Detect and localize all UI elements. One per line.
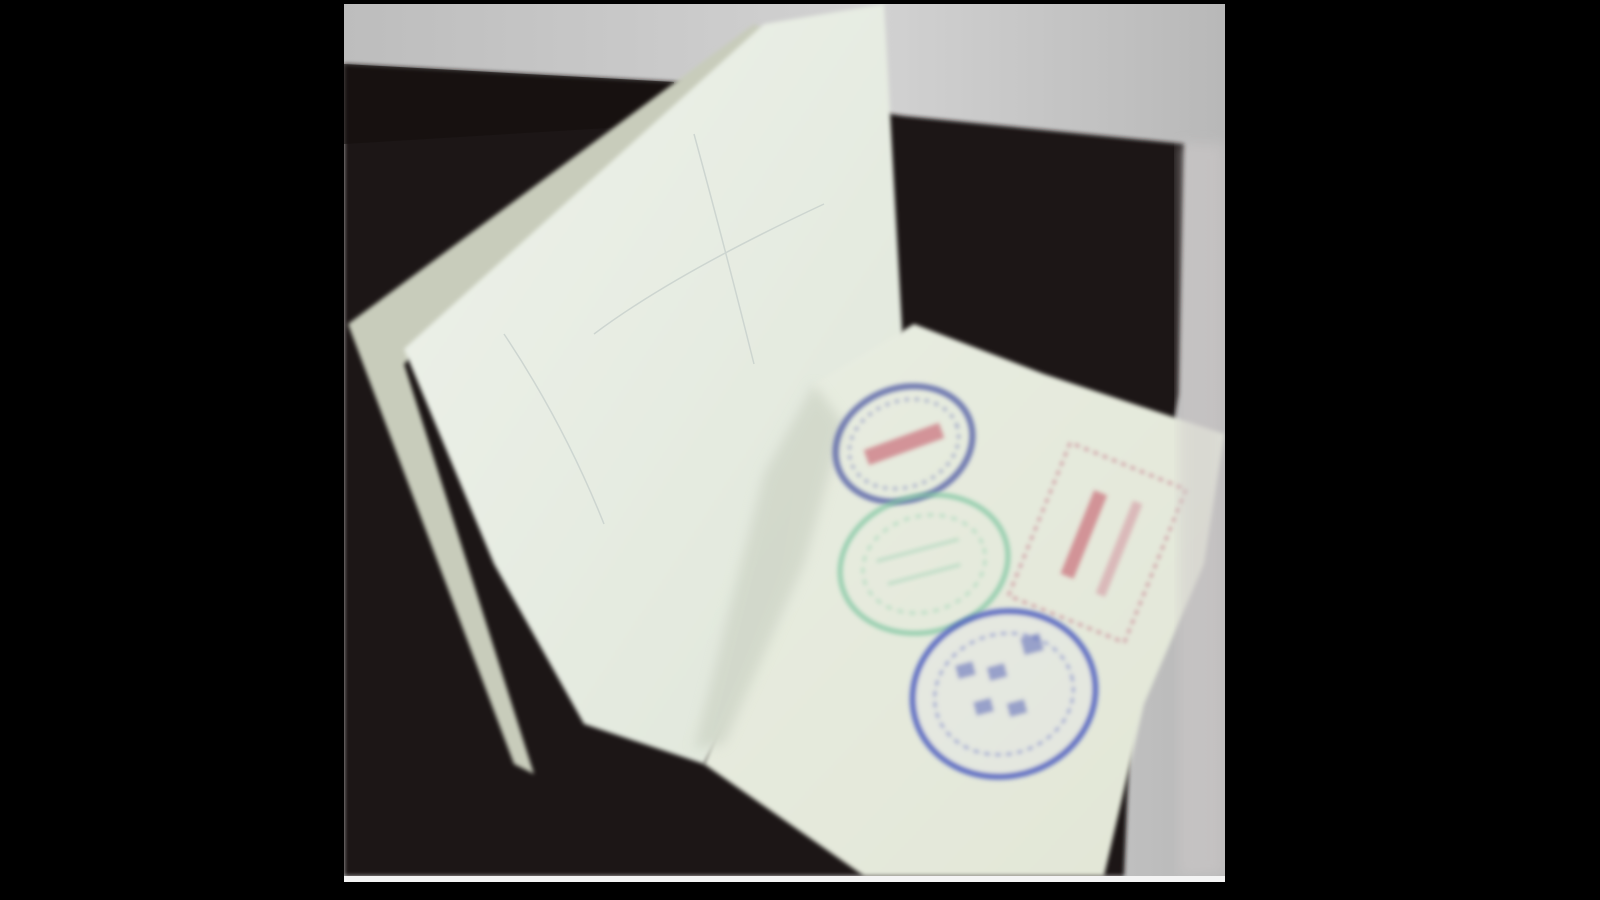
passport-photo [344,4,1225,876]
bottom-border-strip [344,876,1225,882]
passport-scene [344,4,1225,876]
